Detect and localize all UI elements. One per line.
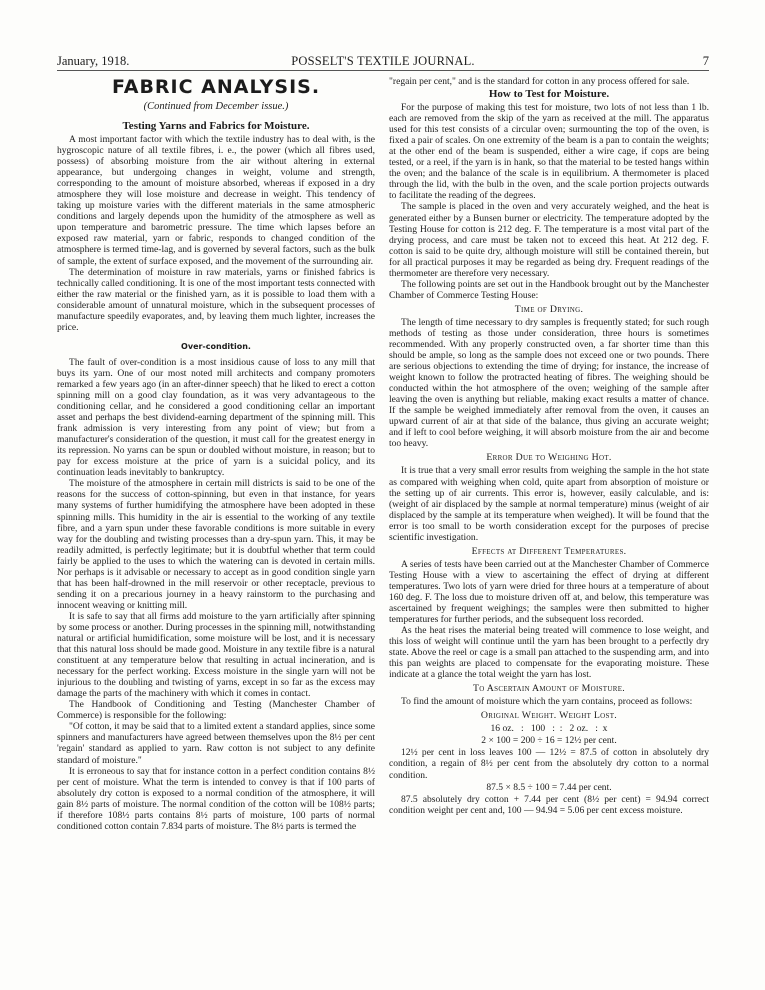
article-title: FABRIC ANALYSIS.	[57, 76, 375, 98]
paragraph: The length of time necessary to dry samp…	[389, 317, 709, 450]
paragraph: The fault of over-condition is a most in…	[57, 357, 375, 479]
paragraph: It is erroneous to say that for instance…	[57, 766, 375, 832]
paragraph: The moisture of the atmosphere in certai…	[57, 478, 375, 611]
paragraph: A most important factor with which the t…	[57, 134, 375, 267]
formula-line: 16 oz. : 100 : : 2 oz. : x	[389, 723, 709, 734]
right-column: "regain per cent," and is the standard f…	[389, 76, 709, 816]
how-to-test-heading: How to Test for Moisture.	[389, 87, 709, 101]
paragraph: 12½ per cent in loss leaves 100 — 12½ = …	[389, 747, 709, 780]
paragraph: 87.5 absolutely dry cotton + 7.44 per ce…	[389, 794, 709, 816]
paragraph: To find the amount of moisture which the…	[389, 696, 709, 707]
article-subtitle: (Continued from December issue.)	[57, 100, 375, 114]
journal-title: POSSELT'S TEXTILE JOURNAL.	[57, 52, 709, 70]
overcondition-heading: Over-condition.	[57, 341, 375, 353]
formula-header: Original Weight. Weight Lost.	[389, 710, 709, 722]
page-number: 7	[703, 52, 709, 70]
effects-heading: Effects at Different Temperatures.	[389, 546, 709, 558]
error-heading: Error Due to Weighing Hot.	[389, 452, 709, 464]
paragraph: It is safe to say that all firms add moi…	[57, 611, 375, 699]
formula-line: 87.5 × 8.5 ÷ 100 = 7.44 per cent.	[389, 782, 709, 793]
ascertain-heading: To Ascertain Amount of Moisture.	[389, 683, 709, 695]
left-column: FABRIC ANALYSIS. (Continued from Decembe…	[57, 76, 375, 832]
paragraph: As the heat rises the material being tre…	[389, 625, 709, 680]
paragraph: The determination of moisture in raw mat…	[57, 267, 375, 333]
formula-line: 2 × 100 = 200 ÷ 16 = 12½ per cent.	[389, 735, 709, 746]
paragraph: A series of tests have been carried out …	[389, 559, 709, 625]
time-of-drying-heading: Time of Drying.	[389, 304, 709, 316]
paragraph-continuation: "regain per cent," and is the standard f…	[389, 76, 709, 87]
paragraph: The Handbook of Conditioning and Testing…	[57, 699, 375, 721]
section-title: Testing Yarns and Fabrics for Moisture.	[57, 119, 375, 133]
paragraph: It is true that a very small error resul…	[389, 465, 709, 542]
paragraph: The sample is placed in the oven and ver…	[389, 201, 709, 278]
quote-paragraph: "Of cotton, it may be said that to a lim…	[57, 721, 375, 765]
paragraph: The following points are set out in the …	[389, 279, 709, 301]
page-header: January, 1918. POSSELT'S TEXTILE JOURNAL…	[57, 52, 709, 71]
paragraph: For the purpose of making this test for …	[389, 102, 709, 201]
